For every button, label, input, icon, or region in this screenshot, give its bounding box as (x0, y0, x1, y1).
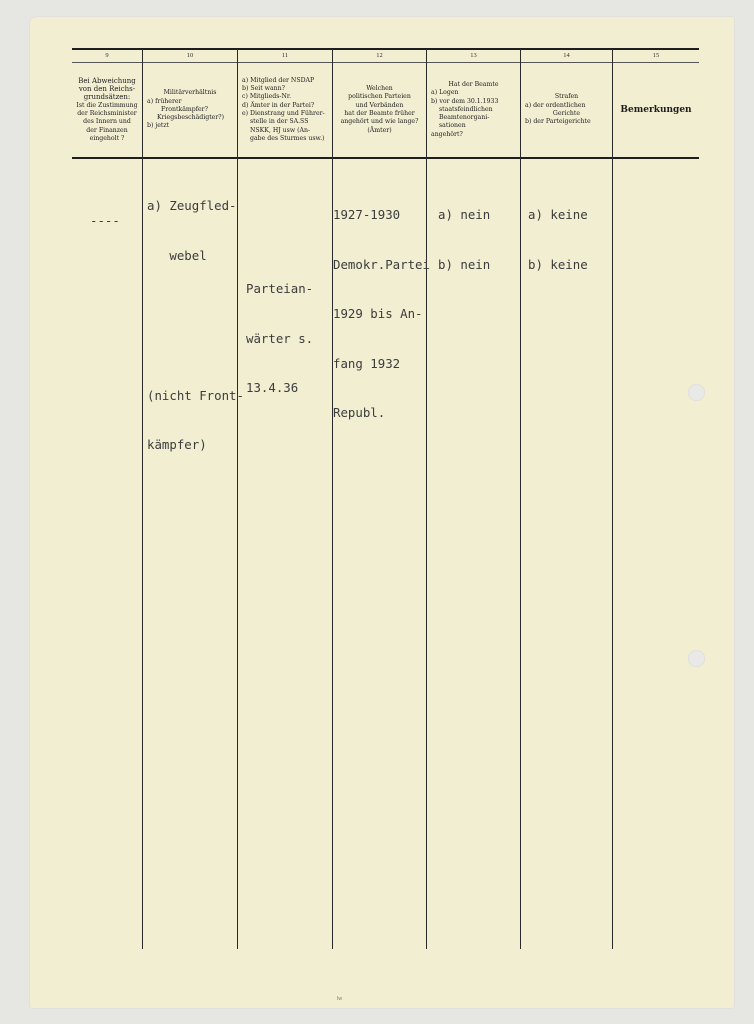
header-line: des Innern und (76, 118, 138, 126)
header-line: stelle in der SA.SS (242, 118, 328, 126)
column-number-10: 10 (143, 50, 237, 62)
header-line: gabe des Sturmes usw.) (242, 135, 328, 143)
header-col15-remarks: Bemerkungen (613, 64, 699, 156)
entry-col14: a) keine b) keine (528, 174, 588, 290)
header-line: d) Ämter in der Partei? (242, 102, 328, 110)
entry-line: (nicht Front- (147, 388, 244, 405)
column-divider (142, 49, 143, 949)
column-divider (520, 49, 521, 949)
header-line: hat der Beamte früher (337, 110, 422, 118)
header-line: angehört und wie lange? (337, 118, 422, 126)
entry-line: fang 1932 (333, 356, 430, 373)
header-line: (Ämter) (337, 127, 422, 135)
header-line: a) Mitglied der NSDAP (242, 77, 328, 85)
header-title-remarks: Bemerkungen (617, 106, 695, 114)
header-line: Militärverhältnis (147, 89, 233, 97)
header-line: angehört? (431, 131, 516, 139)
header-line: Hat der Beamte (431, 81, 516, 89)
header-col14-penalties: Strafen a) der ordentlichen Gerichte b) … (521, 64, 612, 156)
entry-line: ---- (90, 213, 120, 230)
header-line: Kriegsbeschädigter?) (147, 114, 233, 122)
entry-line: a) keine (528, 207, 588, 224)
entry-line: wärter s. (246, 331, 313, 348)
header-bottom-rule (72, 157, 699, 159)
header-line: Strafen (525, 93, 608, 101)
footer-mark: Iw (337, 996, 342, 1002)
entry-line: webel (147, 248, 244, 265)
entry-line (147, 297, 244, 314)
column-divider (612, 49, 613, 949)
entry-line: 13.4.36 (246, 380, 313, 397)
header-col11-party-membership: a) Mitglied der NSDAP b) Seit wann? c) M… (238, 64, 332, 156)
header-line: und Verbänden (337, 102, 422, 110)
column-number-11: 11 (238, 50, 332, 62)
document-page (30, 17, 734, 1008)
entry-line: a) Zeugfled- (147, 198, 244, 215)
header-line: a) der ordentlichen (525, 102, 608, 110)
entry-line: Parteian- (246, 281, 313, 298)
header-line: b) jetzt (147, 122, 233, 130)
header-line: b) vor dem 30.1.1933 (431, 98, 516, 106)
header-line: c) Mitglieds-Nr. (242, 93, 328, 101)
header-col10-military-status: Militärverhältnis a) früherer Frontkämpf… (143, 64, 237, 156)
header-line: b) der Parteigerichte (525, 118, 608, 126)
entry-line: Republ. (333, 405, 430, 422)
entry-line: a) nein (438, 207, 490, 224)
header-line: NSKK, HJ usw (An- (242, 127, 328, 135)
entry-line: Demokr.Partei (333, 257, 430, 274)
header-line: der Finanzen (76, 127, 138, 135)
header-line: grundsätzen: (76, 93, 138, 101)
header-line: eingeholt ? (76, 135, 138, 143)
entry-line: b) keine (528, 257, 588, 274)
column-number-9: 9 (72, 50, 142, 62)
entry-line (147, 347, 244, 355)
header-line: von den Reichs- (76, 85, 138, 93)
column-number-13: 13 (427, 50, 520, 62)
header-line: Beamtenorgani- (431, 114, 516, 122)
entry-line: 1929 bis An- (333, 306, 430, 323)
header-line: sationen (431, 122, 516, 130)
header-line: der Reichsminister (76, 110, 138, 118)
header-line: a) früherer (147, 98, 233, 106)
column-number-12: 12 (333, 50, 426, 62)
entry-col10: a) Zeugfled- webel (nicht Front- kämpfer… (147, 165, 244, 470)
header-col9-reich-approval: Bei Abweichung von den Reichs- grundsätz… (72, 64, 142, 156)
column-number-rule (72, 62, 699, 63)
entry-col11: Parteian- wärter s. 13.4.36 (246, 248, 313, 413)
punch-hole-upper (688, 384, 705, 401)
header-line: Bei Abweichung (76, 77, 138, 85)
header-col12-political-parties: Welchen politischen Parteien und Verbänd… (333, 64, 426, 156)
entry-col12: 1927-1930 Demokr.Partei 1929 bis An- fan… (333, 174, 430, 438)
header-col13-lodges-organizations: Hat der Beamte a) Logen b) vor dem 30.1.… (427, 64, 520, 156)
header-line: staatsfeindlichen (431, 106, 516, 114)
header-line: Gerichte (525, 110, 608, 118)
header-line: Welchen (337, 85, 422, 93)
entry-line: 1927-1930 (333, 207, 430, 224)
column-number-15: 15 (613, 50, 699, 62)
header-line: b) Seit wann? (242, 85, 328, 93)
column-number-14: 14 (521, 50, 612, 62)
header-line: Ist die Zustimmung (76, 102, 138, 110)
header-line: e) Dienstrang und Führer- (242, 110, 328, 118)
header-line: Frontkämpfer? (147, 106, 233, 114)
header-line: politischen Parteien (337, 93, 422, 101)
header-line: a) Logen (431, 89, 516, 97)
entry-col13: a) nein b) nein (438, 174, 490, 290)
entry-line: kämpfer) (147, 437, 244, 454)
entry-col9: ---- (90, 180, 120, 246)
punch-hole-lower (688, 650, 705, 667)
entry-line: b) nein (438, 257, 490, 274)
